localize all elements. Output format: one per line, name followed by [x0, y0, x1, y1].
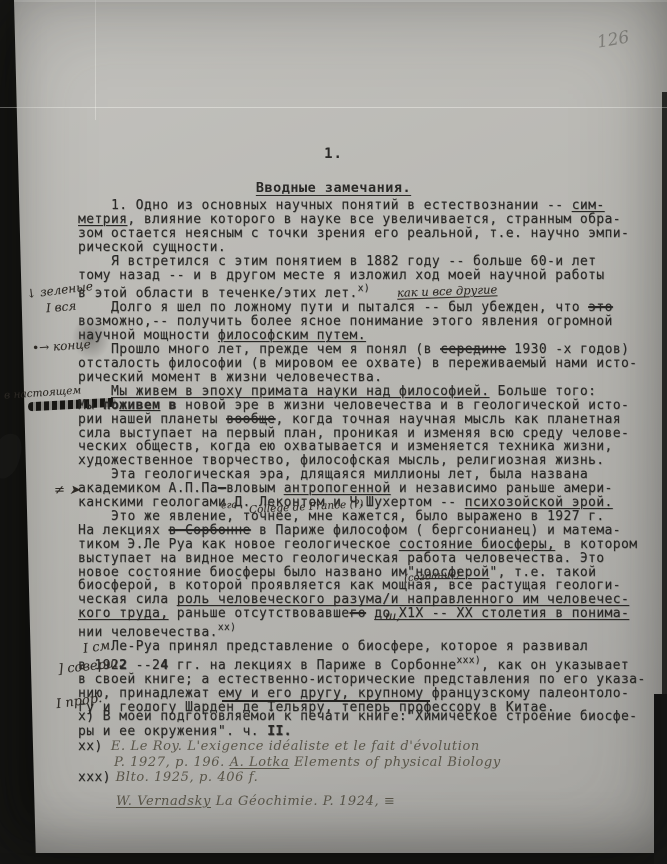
- handwritten-text: P. 1927, p. 196.: [114, 755, 230, 770]
- text-line: канскими геологами Д. Леконтом и Ч.Шухер…: [78, 496, 653, 510]
- typed-text: ческая сила: [78, 592, 177, 607]
- text-line: Прошло много лет, прежде чем я понял (в …: [78, 343, 653, 357]
- text-line: в своей книге; а естественно-исторически…: [78, 673, 653, 687]
- typed-text: в: [169, 398, 177, 413]
- text-line: Я встретился с этим понятием в 1882 году…: [78, 255, 653, 269]
- text-line: академиком А.П.Па-вловым антропогенной и…: [78, 482, 653, 496]
- typed-text: вловым: [226, 481, 284, 496]
- text-line: рический момент в жизни человечества.: [78, 371, 653, 385]
- margin-mark: ≠ ➤: [54, 483, 80, 498]
- typed-text: новой эре в жизни человечества и в геоло…: [177, 398, 629, 413]
- text-line: рии нашей планеты вообще, когда точная н…: [78, 413, 653, 427]
- typed-text: отсталость философии (в мировом ее охват…: [78, 356, 637, 371]
- page-number: 1.: [0, 146, 667, 162]
- typed-text: академиком А.П.Па: [78, 481, 218, 496]
- text-line: Долго я шел по ложному пути и пытался --…: [78, 301, 653, 315]
- typed-text: , влияние которого в науке все увеличива…: [127, 212, 621, 227]
- text-line: Мы живем в эпоху примата науки над филос…: [78, 385, 653, 399]
- typed-text: возможно,-- получить более ясное пониман…: [78, 314, 613, 329]
- typed-text: Я встретился с этим понятием в 1882 году…: [111, 254, 596, 269]
- text-line: хх) E. Le Roy. L'exigence idéaliste et l…: [78, 739, 653, 754]
- typed-text: зом остается неясным с точки зрения его …: [78, 226, 629, 241]
- margin-note: І вся: [45, 299, 76, 316]
- text-line: выступает на видное место геологическая …: [78, 552, 653, 566]
- typed-text: и независимо раньше амери-: [391, 481, 613, 496]
- text-line: Эта геологическая эра, длящаяся миллионы…: [78, 468, 653, 482]
- typed-text: до Х1Х -- ХХ столетия в понима-: [374, 606, 629, 621]
- typed-text: сила выступает на первый план, проникая …: [78, 426, 629, 441]
- text-line: ххх) Blto. 1925, p. 406 f.: [78, 770, 653, 785]
- typed-text: научной мощности: [78, 328, 218, 343]
- text-line: рической сущности.: [78, 241, 653, 255]
- typed-text: 4: [160, 658, 168, 673]
- typed-text: метрия: [78, 212, 127, 227]
- typed-text: живем: [119, 398, 160, 413]
- typed-text: ххх): [78, 770, 111, 785]
- text-line: метрия, влияние которого в науке все уве…: [78, 213, 653, 227]
- typed-text: вообще: [226, 412, 275, 427]
- typed-text: нии человечества.: [78, 625, 218, 640]
- typed-text: гг. на лекциях в Париже в Сорбонне: [169, 658, 457, 673]
- typed-text: ческих обществ, когда ею охватывается и …: [78, 439, 613, 454]
- text-line: На лекциях в Сорбонне в Париже философом…: [78, 524, 653, 538]
- typed-text: в Сорбонне: [169, 523, 251, 538]
- text-line: отсталость философии (в мировом ее охват…: [78, 357, 653, 371]
- typed-text: тому назад -- и в другом месте я изложил…: [78, 268, 605, 283]
- typed-text: х) В моей подготовляемой к печати книге:…: [78, 709, 637, 724]
- typed-text: го: [350, 606, 366, 621]
- typed-text: , как он указывает: [481, 658, 629, 673]
- text-line: художественное творчество, философская м…: [78, 454, 653, 468]
- typed-text: рический момент в жизни человечества.: [78, 370, 382, 385]
- handwritten-text: La Géochimie. P. 1924, ≡: [211, 794, 395, 809]
- typed-text: художественное творчество, философская м…: [78, 453, 605, 468]
- typed-text: нию, принадлежат ему и его другу, крупно…: [78, 686, 629, 701]
- text-line: новое состояние биосферы было названо им…: [78, 566, 653, 580]
- photo-edge-left: [0, 0, 40, 864]
- typed-body: 1. Одно из основных научных понятий в ес…: [78, 199, 653, 715]
- typed-text: середине: [440, 342, 506, 357]
- typed-text: в Париже философом ( бергсонианец) и мат…: [251, 523, 621, 538]
- typed-text: 1930 -х годов): [506, 342, 629, 357]
- handwritten-text: Elements of physical Biology: [289, 755, 500, 770]
- typed-text: сим-: [572, 198, 605, 213]
- typed-text: Больше того:: [489, 384, 596, 399]
- typed-text: х): [358, 283, 370, 294]
- corner-page-number: 126: [596, 27, 631, 52]
- text-line: W. Vernadsky La Géochimie. P. 1924, ≡: [116, 794, 653, 809]
- typed-text: состояние биосферы,: [399, 537, 555, 552]
- scratch-line: [95, 0, 96, 120]
- typed-text: ", т.е. такой: [489, 565, 596, 580]
- typed-text: роль человеческого разума/и направленног…: [177, 592, 629, 607]
- text-line: ры и ее окружения". ч. II.: [78, 724, 653, 739]
- typed-text: хх): [218, 622, 236, 633]
- typed-text: , когда точная научная мысль как планетн…: [275, 412, 621, 427]
- interlinear-correction: ш,: [385, 609, 400, 623]
- typed-text: это: [588, 300, 613, 315]
- typed-text: в котором: [555, 537, 637, 552]
- text-line: нии человечества.хх): [78, 621, 653, 640]
- interlinear-insertion: его: [221, 500, 238, 512]
- typed-text: --2: [127, 658, 160, 673]
- text-line: Это же явление, точнее, мне кажется, был…: [78, 510, 653, 524]
- typed-text: антропогенной: [284, 481, 391, 496]
- text-line: ческая сила роль человеческого разума/и …: [78, 593, 653, 607]
- text-line: тому назад -- и в другом месте я изложил…: [78, 269, 653, 283]
- text-line: нию, принадлежат ему и его другу, крупно…: [78, 687, 653, 701]
- handwritten-text: W. Vernadsky: [116, 794, 211, 809]
- page-title: Вводные замечания.: [0, 180, 667, 196]
- text-line: ческих обществ, когда ею охватывается и …: [78, 440, 653, 454]
- text-line: в 1922 --24 гг. на лекциях в Париже в Со…: [78, 654, 653, 673]
- typed-text: [160, 398, 168, 413]
- text-line: х) В моей подготовляемой к печати книге:…: [78, 709, 653, 724]
- typed-text: новое состояние биосферы было названо им…: [78, 565, 415, 580]
- text-line: возможно,-- получить более ясное пониман…: [78, 315, 653, 329]
- text-line: сила выступает на первый план, проникая …: [78, 427, 653, 441]
- typed-text: -: [218, 481, 226, 496]
- typed-text: биосферой, в которой проявляется как мощ…: [78, 578, 621, 593]
- handwritten-text: E. Le Roy. L'exigence idéaliste et le fa…: [111, 739, 480, 754]
- typed-text: [366, 606, 374, 621]
- text-line: биосферой, в которой проявляется как мощ…: [78, 579, 653, 593]
- typed-text: хх): [78, 739, 111, 754]
- typed-text: ры и ее окружения". ч.: [78, 724, 267, 739]
- typed-text: в этой области в теченке/этих лет.: [78, 286, 358, 301]
- handwritten-text: A. Lotka: [230, 755, 290, 770]
- typed-text: Мы живем в эпоху примата науки над филос…: [111, 384, 489, 399]
- typed-text: в своей книге; а естественно-исторически…: [78, 672, 646, 687]
- typed-text: по: [103, 398, 119, 413]
- text-line: 1. Одно из основных научных понятий в ес…: [78, 199, 653, 213]
- text-line: тиком Э.Ле Руа как новое геологическое с…: [78, 538, 653, 552]
- text-line: Ле-Руа принял представление о биосфере, …: [78, 640, 653, 654]
- typed-text: Мы: [78, 398, 103, 413]
- typed-text: Это же явление, точнее, мне кажется, был…: [111, 509, 605, 524]
- typed-text: раньше отсутствовавше: [169, 606, 350, 621]
- typed-text: II.: [267, 724, 292, 739]
- typed-text: психозойской эрой.: [465, 495, 613, 510]
- typed-text: Ле-Руа принял представление о биосфере, …: [111, 639, 588, 654]
- typed-text: ххх): [456, 655, 480, 666]
- photo-edge-bottom: [0, 853, 667, 864]
- footnotes: х) В моей подготовляемой к печати книге:…: [78, 709, 653, 809]
- footnote-separator: [222, 700, 430, 702]
- typed-text: Прошло много лет, прежде чем я понял (в: [111, 342, 440, 357]
- typed-text: Эта геологическая эра, длящаяся миллионы…: [111, 467, 588, 482]
- text-line: зом остается неясным с точки зрения его …: [78, 227, 653, 241]
- typed-text: философским путем.: [218, 328, 366, 343]
- text-line: в этой области в теченке/этих лет.х): [78, 282, 653, 301]
- typed-text: кого труда,: [78, 606, 169, 621]
- page-title-text: Вводные замечания.: [256, 180, 411, 196]
- typed-text: рической сущности.: [78, 240, 226, 255]
- scanned-manuscript-page: 1. Вводные замечания. 1. Одно из основны…: [0, 0, 667, 864]
- text-line: P. 1927, p. 196. A. Lotka Elements of ph…: [114, 755, 653, 770]
- scratch-line: [0, 107, 667, 108]
- typed-text: На лекциях: [78, 523, 169, 538]
- typed-text: рии нашей планеты: [78, 412, 226, 427]
- typed-text: выступает на видное место геологическая …: [78, 551, 605, 566]
- typed-text: Долго я шел по ложному пути и пытался --…: [111, 300, 588, 315]
- photo-edge-top: [0, 0, 667, 2]
- handwritten-text: Blto. 1925, p. 406 f.: [111, 770, 259, 785]
- typed-text: 1. Одно из основных научных понятий в ес…: [111, 198, 572, 213]
- typed-text: тиком Э.Ле Руа как новое геологическое: [78, 537, 399, 552]
- text-line: кого труда, раньше отсутствовавшего до Х…: [78, 607, 653, 621]
- text-line: научной мощности философским путем.: [78, 329, 653, 343]
- photo-edge-right-corner: [654, 694, 667, 864]
- text-line: Мы поживем в новой эре в жизни человечес…: [78, 399, 653, 413]
